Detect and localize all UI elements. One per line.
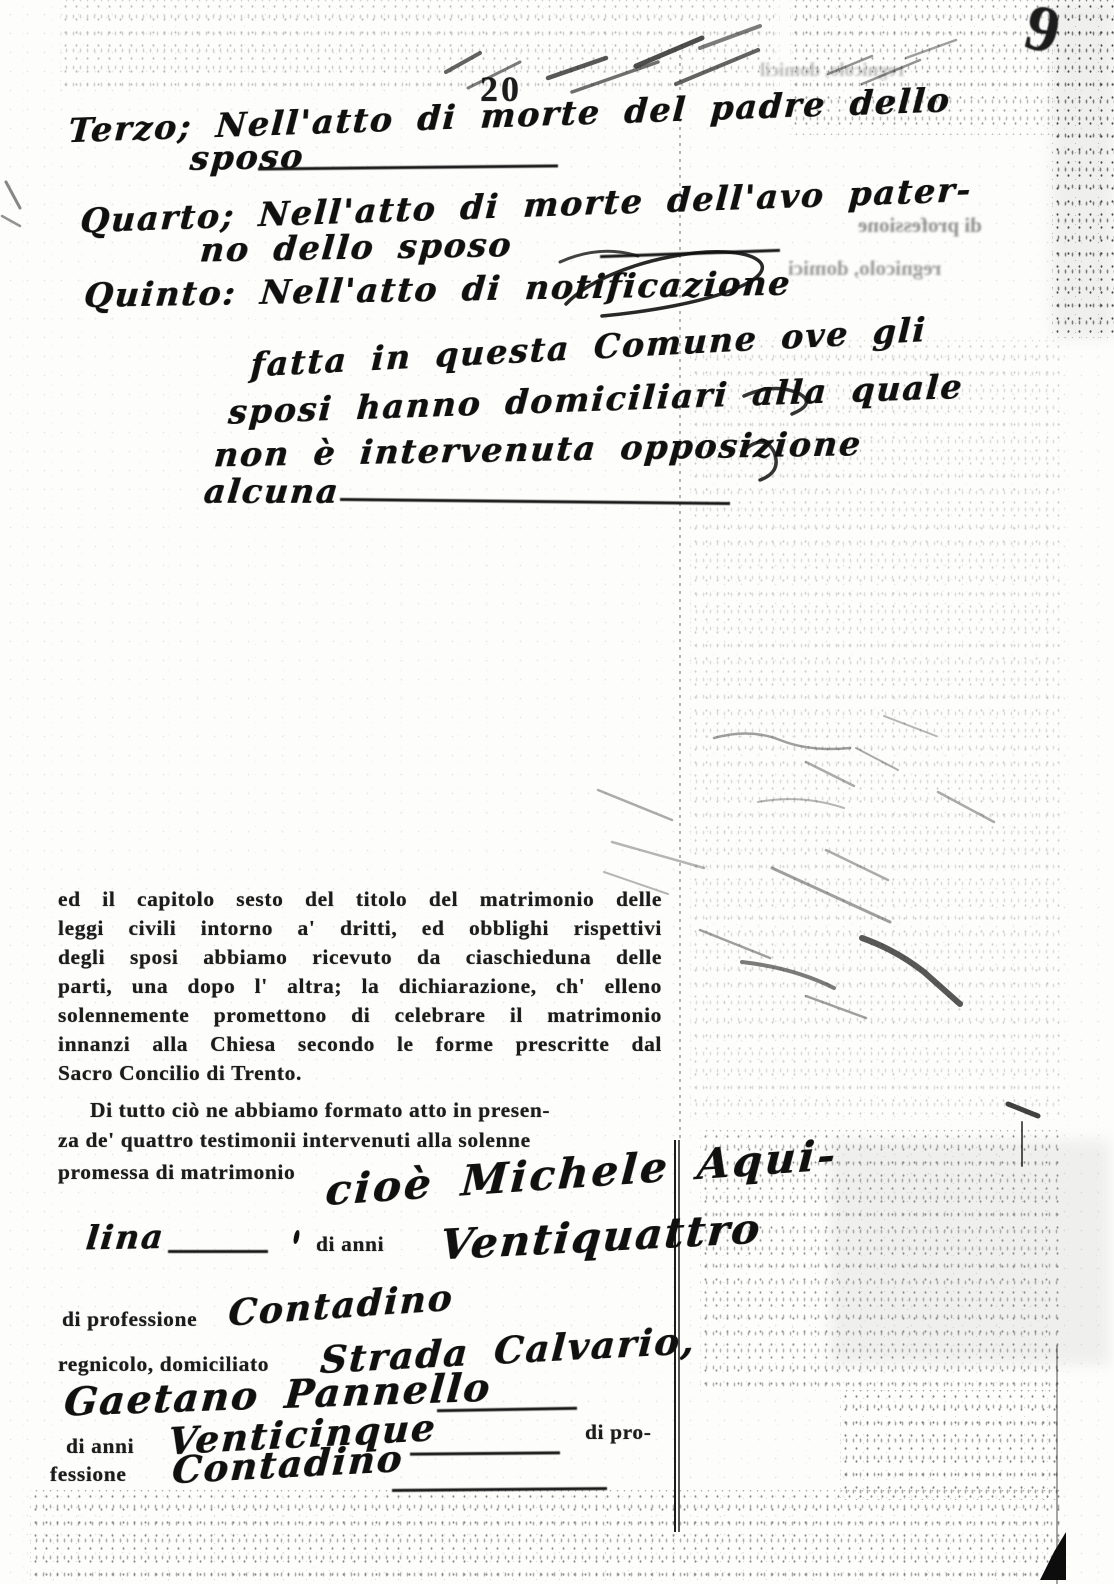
filler-line	[410, 1451, 560, 1455]
scan-shadow-band	[1052, 0, 1114, 338]
printed-line: promessa di matrimonio	[58, 1158, 295, 1187]
printed-line: Di tutto ciò ne abbiamo formato atto in …	[90, 1096, 550, 1125]
field-label-di-professione: di professione	[62, 1305, 197, 1334]
field-label-di-pro: di pro-	[585, 1418, 652, 1447]
manuscript-line-quarto-cont: no dello sposo	[198, 225, 514, 270]
handwritten-entry-groom-name-cont: lina	[84, 1217, 167, 1257]
filler-line	[340, 498, 730, 505]
printed-line: innanzi alla Chiesa secondo le forme pre…	[58, 1030, 662, 1059]
bleedthrough-fragment: regnicolo, domicil	[760, 60, 904, 82]
scan-noise-patch	[30, 1490, 1060, 1580]
bleedthrough-fragment: regnicolo, domici	[788, 256, 942, 281]
printed-line: degli sposi abbiamo ricevuto da ciaschie…	[58, 943, 662, 972]
adjacent-page-digit: 9	[1017, 0, 1068, 71]
handwritten-entry-groom-age: Ventiquattro	[438, 1203, 763, 1269]
filler-line	[600, 249, 780, 258]
scan-noise-patch	[840, 1390, 1060, 1500]
scan-noise-patch	[1052, 0, 1114, 338]
ink-blot-corner	[1040, 1532, 1066, 1580]
printed-line: leggi civili intorno a' dritti, ed obbli…	[58, 914, 662, 943]
field-label-di-anni-2: di anni	[66, 1432, 134, 1461]
field-label-fessione: fessione	[50, 1460, 126, 1489]
ink-blot	[293, 1230, 301, 1245]
scan-smudge	[830, 1140, 1110, 1365]
manuscript-line-quinto: Quinto: Nell'atto di notificazione	[82, 264, 793, 315]
filler-line	[168, 1250, 268, 1253]
printed-line: za de' quattro testimonii intervenuti al…	[58, 1126, 531, 1155]
filler-line	[392, 1487, 607, 1492]
manuscript-line-quinto-4: non è intervenuta opposizione	[212, 424, 863, 474]
bleedthrough-fragment: di professione	[858, 213, 982, 238]
printed-line: parti, una dopo l' altra; la dichiarazio…	[58, 972, 662, 1001]
printed-line: solennemente promettono di celebrare il …	[58, 1001, 662, 1030]
printed-line: ed il capitolo sesto del titolo del matr…	[58, 885, 662, 914]
field-label-di-anni: di anni	[316, 1230, 384, 1259]
manuscript-line-alcuna: alcuna	[202, 472, 341, 511]
manuscript-line-sposo: sposo	[188, 137, 306, 178]
handwritten-entry-groom-profession: Contadino	[227, 1277, 454, 1335]
printed-line: Sacro Concilio di Trento.	[58, 1059, 662, 1088]
scan-noise-patch	[60, 0, 780, 95]
scanned-document-page: 20 9 Terzo; Nell'atto di morte del padre…	[0, 0, 1114, 1584]
